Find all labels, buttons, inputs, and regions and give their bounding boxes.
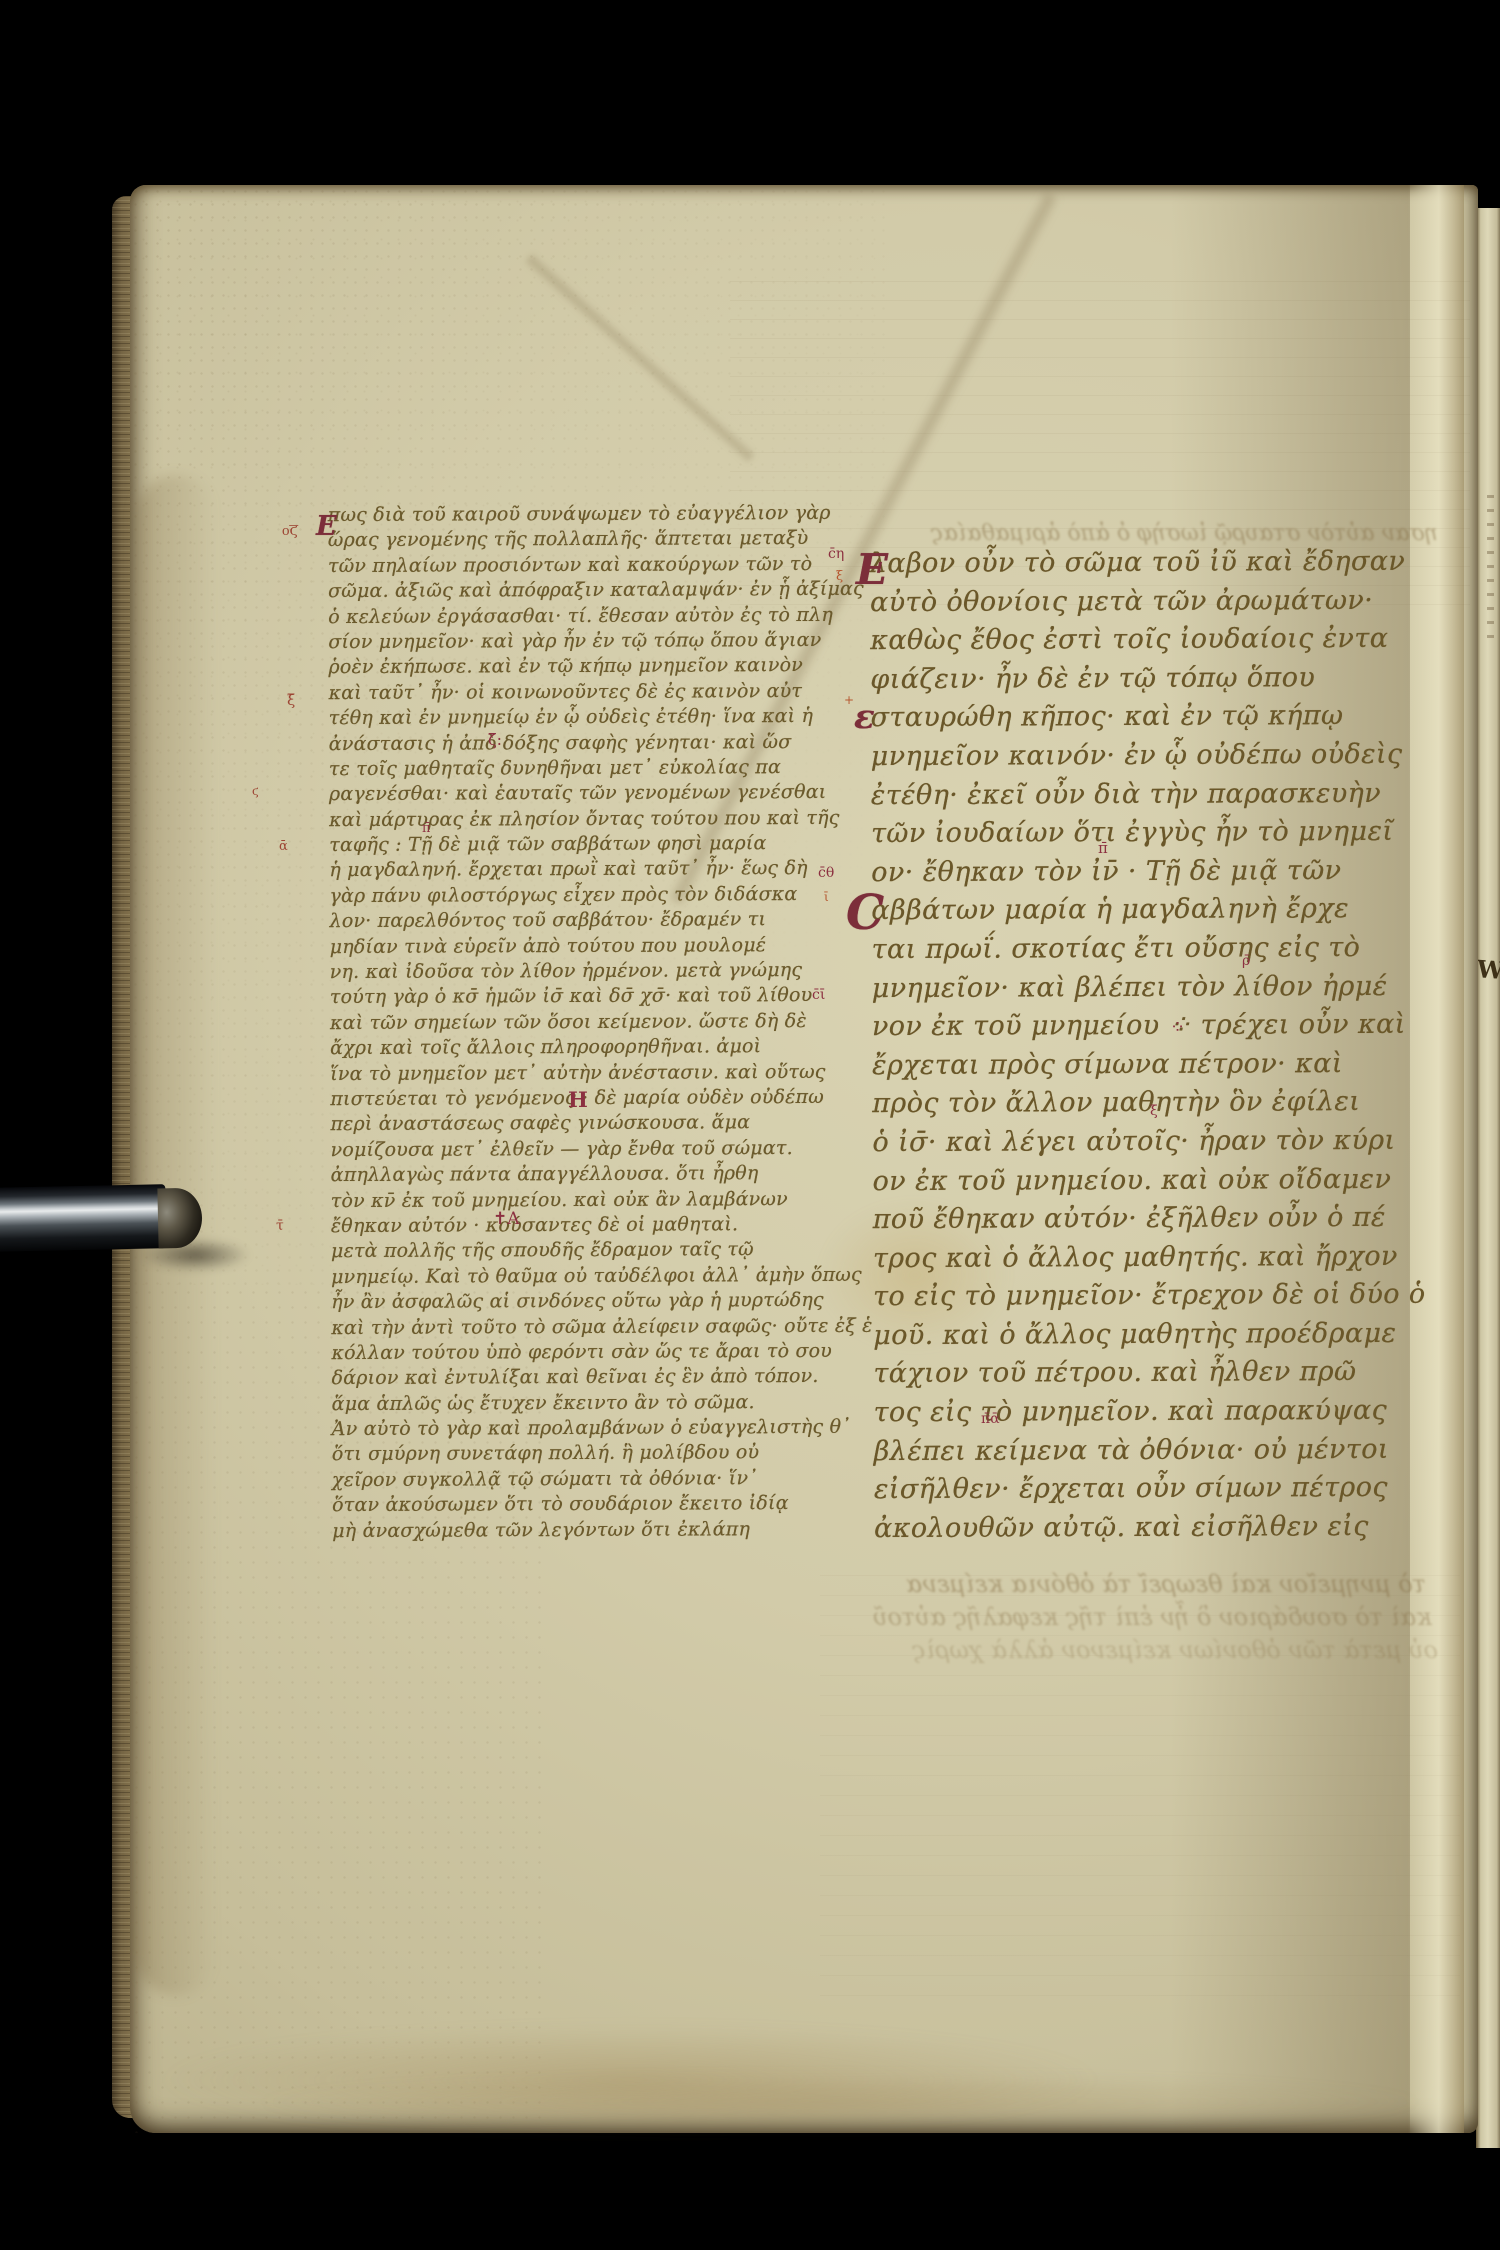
- gospel-line: τος εἰς τὸ μνημεῖον. καὶ παρακύψας: [874, 1395, 1394, 1436]
- commentary-line: τὸν κν̄ ἐκ τοῦ μνημείου. καὶ οὐκ ἂν λαμβ…: [331, 1187, 823, 1215]
- commentary-line: μηδίαν τινὰ εὑρεῖν ἀπὸ τούτου που μουλομ…: [330, 934, 822, 962]
- manuscript-photo: W ησαν αὐτὸν σταυρῷ ἰωσὴφ ὁ ἀπὸ ἀριμαθαί…: [0, 0, 1500, 2250]
- gutter-cross-mark: +: [844, 693, 854, 707]
- gospel-line: ον ἐκ τοῦ μνημείου. καὶ οὐκ οἴδαμεν: [873, 1163, 1393, 1204]
- commentary-line: μετὰ πολλῆς τῆς σπουδῆς ἔδραμον ταῖς τῷ: [331, 1238, 823, 1266]
- commentary-line: ραγενέσθαι· καὶ ἑαυταῖς τῶν γενομένων γε…: [329, 781, 821, 809]
- commentary-line: χεῖρον συγκολλᾷ τῷ σώματι τὰ ὀθόνια· ἵν᾽: [332, 1467, 824, 1495]
- gutter-canon-numeral: ξ: [836, 569, 843, 584]
- commentary-line: μὴ ἀνασχώμεθα τῶν λεγόντων ὅτι ἐκλάπη: [332, 1518, 824, 1546]
- commentary-line: ἦν ἂν ἀσφαλῶς αἱ σινδόνες οὕτω γὰρ ἡ μυρ…: [331, 1289, 823, 1317]
- commentary-line: ἅμα ἁπλῶς ὡς ἔτυχεν ἔκειντο ἂν τὸ σῶμα.: [332, 1391, 824, 1419]
- gospel-line: τῶν ἰουδαίων ὅτι ἐγγὺς ἦν τὸ μνημεῖ: [871, 816, 1391, 857]
- commentary-column: πως διὰ τοῦ καιροῦ συνάψωμεν τὸ εὐαγγέλι…: [328, 502, 825, 1545]
- interlinear-red-numeral: ρ̄: [1242, 953, 1250, 969]
- bottom-stain-wide: [250, 2073, 1430, 2131]
- commentary-line: ἡ μαγδαληνή. ἔρχεται πρωῒ καὶ ταῦτ᾽ ἦν· …: [329, 857, 821, 885]
- gospel-line: ποῦ ἔθηκαν αὐτόν· ἐξῆλθεν οὖν ὁ πέ: [873, 1202, 1393, 1243]
- gospel-line: μνημεῖον· καὶ βλέπει τὸν λίθον ἠρμέ: [872, 970, 1392, 1011]
- commentary-line: καὶ τῶν σημείων τῶν ὅσοι κείμενον. ὥστε …: [330, 1010, 822, 1038]
- inline-red-numeral: ζ̄:: [488, 730, 502, 749]
- commentary-line: καὶ μάρτυρας ἐκ πλησίον ὄντας τούτου που…: [329, 807, 821, 835]
- commentary-line: λον· παρελθόντος τοῦ σαββάτου· ἔδραμέν τ…: [330, 908, 822, 936]
- commentary-line: σῶμα. ἀξιῶς καὶ ἀπόφραξιν καταλαμψάν· ἐν…: [328, 578, 820, 606]
- commentary-line: ὥρας γενομένης τῆς πολλαπλῆς· ἅπτεται με…: [328, 527, 820, 555]
- gospel-line: ὁ ἰσ̄· καὶ λέγει αὐτοῖς· ἦραν τὸν κύρι: [872, 1125, 1392, 1166]
- gospel-line: βλέπει κείμενα τὰ ὀθόνια· οὐ μέντοι: [874, 1434, 1394, 1475]
- red-initial-commentary: Ε: [316, 511, 337, 542]
- commentary-line: ἵνα τὸ μνημεῖον μετ᾽ αὐτὴν ἀνέστασιν. κα…: [330, 1061, 822, 1089]
- commentary-line: καὶ ταῦτ᾽ ἦν· οἱ κοινωνοῦντες δὲ ἐς καιν…: [329, 680, 821, 708]
- verso-showthrough-line: καὶ τὸ σουδάριον ὃ ἦν ἐπὶ τῆς κεφαλῆς αὐ…: [872, 1603, 1432, 1631]
- margin-section-numeral: ᾱ: [279, 839, 288, 854]
- commentary-line: νομίζουσα μετ᾽ ἐλθεῖν — γὰρ ἔνθα τοῦ σώμ…: [331, 1137, 823, 1165]
- gospel-line: τρος καὶ ὁ ἄλλος μαθητής. καὶ ἤρχον: [873, 1241, 1393, 1282]
- commentary-line: ἀνάστασις ἡ ἀπὸ δόξης σαφὴς γένηται· καὶ…: [329, 730, 821, 758]
- margin-section-numeral: ξ̄: [287, 691, 295, 709]
- gospel-text-column: λαβον οὖν τὸ σῶμα τοῦ ἰῦ καὶ ἔδησαναὐτὸ …: [870, 546, 1394, 1552]
- margin-section-numeral: ϛ: [252, 784, 259, 798]
- red-initial-lunate-sigma: C: [846, 885, 884, 941]
- red-initial-epsilon-small: ε: [854, 697, 875, 737]
- commentary-line: ὁ κελεύων ἐργάσασθαι· τί. ἔθεσαν αὐτὸν ἐ…: [328, 603, 820, 631]
- commentary-line: ἔθηκαν αὐτόν · κούσαντες δὲ οἱ μαθηταὶ.: [331, 1213, 823, 1241]
- gospel-line: σταυρώθη κῆπος· καὶ ἐν τῷ κήπῳ: [870, 700, 1390, 741]
- commentary-line: ὅτι σμύρνη συνετάφη πολλή. ἣ μολίβδου οὐ: [332, 1441, 824, 1469]
- margin-section-numeral: ο͞ϛ: [282, 521, 298, 540]
- gospel-line: νον ἐκ τοῦ μνημείου ⁘ τρέχει οὖν καὶ: [872, 1009, 1392, 1050]
- inline-red-numeral: π̄: [422, 821, 431, 836]
- commentary-line: δάριον καὶ ἐντυλίξαι καὶ θεῖναι ἐς ἓν ἀπ…: [331, 1365, 823, 1393]
- commentary-line: σίον μνημεῖον· καὶ γὰρ ἦν ἐν τῷ τόπῳ ὅπο…: [328, 629, 820, 657]
- verso-showthrough-line: τὸ μνημεῖον καὶ θεωρεῖ τὰ ὀθόνια κείμενα: [866, 1570, 1426, 1598]
- commentary-line: Ἀν αὐτὸ τὸ γὰρ καὶ προλαμβάνων ὁ εὐαγγελ…: [332, 1416, 824, 1444]
- gutter-section-numeral: ϲ̄θ: [818, 865, 834, 881]
- gospel-line: ον· ἔθηκαν τὸν ἰν̄ · Τῇ δὲ μιᾷ τῶν: [871, 855, 1391, 896]
- inline-red-cross-alpha: ✝Α: [493, 1209, 520, 1229]
- margin-section-numeral: τ̄: [276, 1218, 284, 1234]
- gospel-line: μοῦ. καὶ ὁ ἄλλος μαθητὴς προέδραμε: [873, 1318, 1393, 1359]
- gospel-line: ται πρωΐ. σκοτίας ἔτι οὔσης εἰς τὸ: [871, 932, 1391, 973]
- commentary-line: ὅταν ἀκούσωμεν ὅτι τὸ σουδάριον ἔκειτο ἰ…: [332, 1492, 824, 1520]
- red-quaternion-mark: ⁘: [1170, 1017, 1185, 1038]
- interlinear-red-numeral: ξ̄: [1150, 1103, 1158, 1119]
- commentary-line: κόλλαν τούτου ὑπὸ φερόντι σὰν ὥς τε ἄραι…: [331, 1340, 823, 1368]
- commentary-line: μνημείῳ. Καὶ τὸ θαῦμα οὐ ταὐδέλφοι ἀλλ᾽ …: [331, 1264, 823, 1292]
- next-page-ink-dashes: [1487, 495, 1494, 645]
- gospel-line: το εἰς τὸ μνημεῖον· ἔτρεχον δὲ οἱ δύο ὁ: [873, 1279, 1393, 1320]
- gospel-line: αββάτων μαρία ἡ μαγδαληνὴ ἔρχε: [871, 893, 1391, 934]
- interlinear-red-numeral: π̄: [1098, 839, 1108, 857]
- commentary-line: πως διὰ τοῦ καιροῦ συνάψωμεν τὸ εὐαγγέλι…: [328, 502, 820, 530]
- commentary-line: ῥοὲν ἐκήπωσε. καὶ ἐν τῷ κήπῳ μνημεῖον κα…: [328, 654, 820, 682]
- gospel-line: ἐτέθη· ἐκεῖ οὖν διὰ τὴν παρασκευὴν: [871, 777, 1391, 818]
- interlinear-red-numeral: π̄ᾱ: [981, 1411, 1000, 1427]
- commentary-line: περὶ ἀναστάσεως σαφὲς γινώσκουσα. ἅμα: [330, 1111, 822, 1139]
- verso-showthrough-line: ησαν αὐτὸν σταυρῷ ἰωσὴφ ὁ ἀπὸ ἀριμαθαίας: [878, 521, 1438, 546]
- commentary-line: νη. καὶ ἰδοῦσα τὸν λίθον ἠρμένον. μετὰ γ…: [330, 959, 822, 987]
- gutter-canon-numeral: ῑ: [824, 890, 829, 904]
- gospel-line: καθὼς ἔθος ἐστὶ τοῖς ἰουδαίοις ἐντα: [870, 623, 1390, 664]
- gospel-line: αὐτὸ ὀθονίοις μετὰ τῶν ἀρωμάτων·: [870, 584, 1390, 625]
- red-initial-epsilon: Ε: [856, 545, 888, 594]
- gospel-line: λαβον οὖν τὸ σῶμα τοῦ ἰῦ καὶ ἔδησαν: [870, 546, 1390, 587]
- commentary-line: καὶ τὴν ἀντὶ τοῦτο τὸ σῶμα ἀλείφειν σαφῶ…: [331, 1314, 823, 1342]
- commentary-line: τέθη καὶ ἐν μνημείῳ ἐν ᾧ οὐδεὶς ἐτέθη· ἵ…: [329, 705, 821, 733]
- gospel-line: εἰσῆλθεν· ἔρχεται οὖν σίμων πέτρος: [874, 1472, 1394, 1513]
- gospel-line: πρὸς τὸν ἄλλον μαθητὴν ὃν ἐφίλει: [872, 1086, 1392, 1127]
- gospel-line: μνημεῖον καινόν· ἐν ᾧ οὐδέπω οὐδεὶς: [871, 739, 1391, 780]
- commentary-line: τε τοῖς μαθηταῖς δυνηθῆναι μετ᾽ εὐκολίας…: [329, 756, 821, 784]
- commentary-line: τῶν πηλαίων προσιόντων καὶ κακούργων τῶν…: [328, 553, 820, 581]
- commentary-line: ταφῆς : Τῇ δὲ μιᾷ τῶν σαββάτων φησὶ μαρί…: [329, 832, 821, 860]
- gospel-line: ἔρχεται πρὸς σίμωνα πέτρον· καὶ: [872, 1048, 1392, 1089]
- commentary-line: ἀπηλλαγὼς πάντα ἀπαγγέλλουσα. ὅτι ἦρθη: [331, 1162, 823, 1190]
- inline-red-eta: Η: [568, 1087, 588, 1112]
- gutter-section-numeral: ϲ̄ῑ: [812, 987, 825, 1003]
- gospel-line: φιάζειν· ἦν δὲ ἐν τῷ τόπῳ ὅπου: [870, 662, 1390, 703]
- gutter-section-numeral: ϲ̄η: [828, 546, 844, 562]
- next-page-edge-mark: W: [1476, 954, 1500, 985]
- gospel-line: τάχιον τοῦ πέτρου. καὶ ἦλθεν πρῶ: [873, 1356, 1393, 1397]
- manuscript-page: ησαν αὐτὸν σταυρῷ ἰωσὴφ ὁ ἀπὸ ἀριμαθαίας…: [130, 185, 1478, 2133]
- gospel-line: ἀκολουθῶν αὐτῷ. καὶ εἰσῆλθεν εἰς: [874, 1511, 1394, 1552]
- commentary-line: γὰρ πάνυ φιλοστόργως εἶχεν πρὸς τὸν διδά…: [329, 883, 821, 911]
- metal-page-weight-rod: [0, 1184, 167, 1252]
- commentary-line: ἄχρι καὶ τοῖς ἄλλοις πληροφορηθῆναι. ἀμο…: [330, 1035, 822, 1063]
- commentary-line: τούτη γὰρ ὁ κσ̄ ἡμῶν ἰσ̄ καὶ δσ̄ χσ̄· κα…: [330, 984, 822, 1012]
- verso-showthrough-line: οὐ μετὰ τῶν ὀθονίων κείμενον ἀλλὰ χωρὶς: [878, 1636, 1438, 1664]
